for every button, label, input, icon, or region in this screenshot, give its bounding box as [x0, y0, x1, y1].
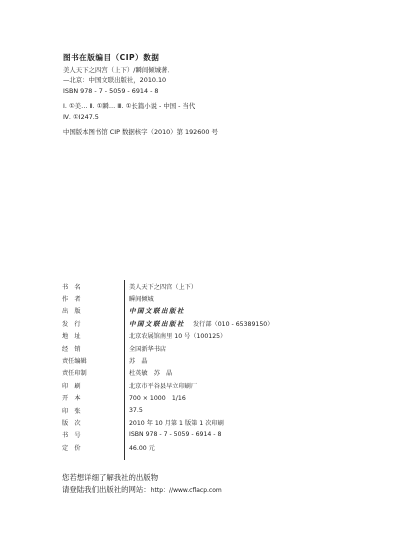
info-label: 书 号	[62, 430, 125, 439]
info-value: 46.00 元	[125, 443, 155, 452]
cip-classification-2: Ⅳ. ①I247.5	[63, 112, 218, 123]
website-url: http：//www.cflacp.com	[151, 487, 222, 494]
info-row-isbn: 书 号 ISBN 978 - 7 - 5059 - 6914 - 8	[62, 429, 273, 441]
info-label: 发 行	[62, 319, 125, 328]
info-label: 印 刷	[62, 381, 125, 390]
publisher-calligraphy-logo: 中国文联出版社	[125, 306, 185, 315]
info-value: 37.5	[125, 407, 143, 414]
info-value: 北京农展馆南里 10 号（100125）	[125, 331, 226, 340]
info-row-edition: 版 次 2010 年 10 月第 1 版第 1 次印刷	[62, 416, 273, 428]
notice-line-1: 您若想详细了解我社的出版物	[62, 472, 222, 484]
publication-info-table: 书 名 美人天下之四宫（上下） 作 者 瞬间倾城 出 版 中国文联出版社 发 行…	[62, 280, 273, 453]
cip-title: 图书在版编目（CIP）数据	[63, 53, 218, 64]
info-value: 全国新华书店	[125, 344, 166, 353]
notice-line-2: 请登陆我们出版社的网站：	[62, 485, 151, 494]
website-notice: 您若想详细了解我社的出版物 请登陆我们出版社的网站：http：//www.cfl…	[62, 472, 222, 497]
info-row-price: 定 价 46.00 元	[62, 441, 273, 453]
info-label: 责任印制	[62, 368, 125, 377]
cip-line-publisher: —北京：中国文联出版社，2010.10	[63, 75, 218, 86]
info-row-editor: 责任编辑 苏 晶	[62, 354, 273, 366]
info-label: 经 销	[62, 344, 125, 353]
distribution-phone: 发行部（010 - 65389150）	[193, 321, 273, 328]
info-value: 杜英敏 苏 晶	[125, 368, 172, 377]
cip-classification-1: Ⅰ. ①美… Ⅱ. ①瞬… Ⅲ. ①长篇小说 - 中国 - 当代	[63, 101, 218, 112]
info-value: 美人天下之四宫（上下）	[125, 282, 197, 291]
info-row-publisher: 出 版 中国文联出版社	[62, 305, 273, 317]
cip-data-block: 图书在版编目（CIP）数据 美人天下之四宫（上下）/瞬间倾城著． —北京：中国文…	[63, 53, 218, 138]
info-row-distribution: 发 行 中国文联出版社 发行部（010 - 65389150）	[62, 317, 273, 329]
info-label: 开 本	[62, 393, 125, 402]
cip-number: 中国版本图书馆 CIP 数据核字（2010）第 192600 号	[63, 127, 218, 138]
info-row-author: 作 者 瞬间倾城	[62, 292, 273, 304]
info-label: 版 次	[62, 418, 125, 427]
info-value: 700 × 1000 1/16	[125, 393, 186, 402]
info-label: 印 张	[62, 406, 125, 415]
info-value: 北京市平谷县早立印刷厂	[125, 381, 197, 390]
info-label: 地 址	[62, 331, 125, 340]
info-row-print-supervisor: 责任印制 杜英敏 苏 晶	[62, 367, 273, 379]
info-value: 瞬间倾城	[125, 294, 154, 303]
info-row-printer: 印 刷 北京市平谷县早立印刷厂	[62, 379, 273, 391]
info-label: 出 版	[62, 306, 125, 315]
info-label: 作 者	[62, 294, 125, 303]
info-row-title: 书 名 美人天下之四宫（上下）	[62, 280, 273, 292]
cip-line-title-author: 美人天下之四宫（上下）/瞬间倾城著．	[63, 65, 218, 76]
info-row-format: 开 本 700 × 1000 1/16	[62, 392, 273, 404]
info-label: 定 价	[62, 443, 125, 452]
info-value: 2010 年 10 月第 1 版第 1 次印刷	[125, 418, 224, 427]
info-row-distributor: 经 销 全国新华书店	[62, 342, 273, 354]
info-row-sheets: 印 张 37.5	[62, 404, 273, 416]
info-label: 责任编辑	[62, 356, 125, 365]
publisher-calligraphy-logo: 中国文联出版社	[129, 320, 185, 328]
cip-line-isbn: ISBN 978 - 7 - 5059 - 6914 - 8	[63, 86, 218, 97]
info-label: 书 名	[62, 282, 125, 291]
info-value: 苏 晶	[125, 356, 148, 365]
info-row-address: 地 址 北京农展馆南里 10 号（100125）	[62, 330, 273, 342]
info-value: ISBN 978 - 7 - 5059 - 6914 - 8	[125, 431, 221, 438]
